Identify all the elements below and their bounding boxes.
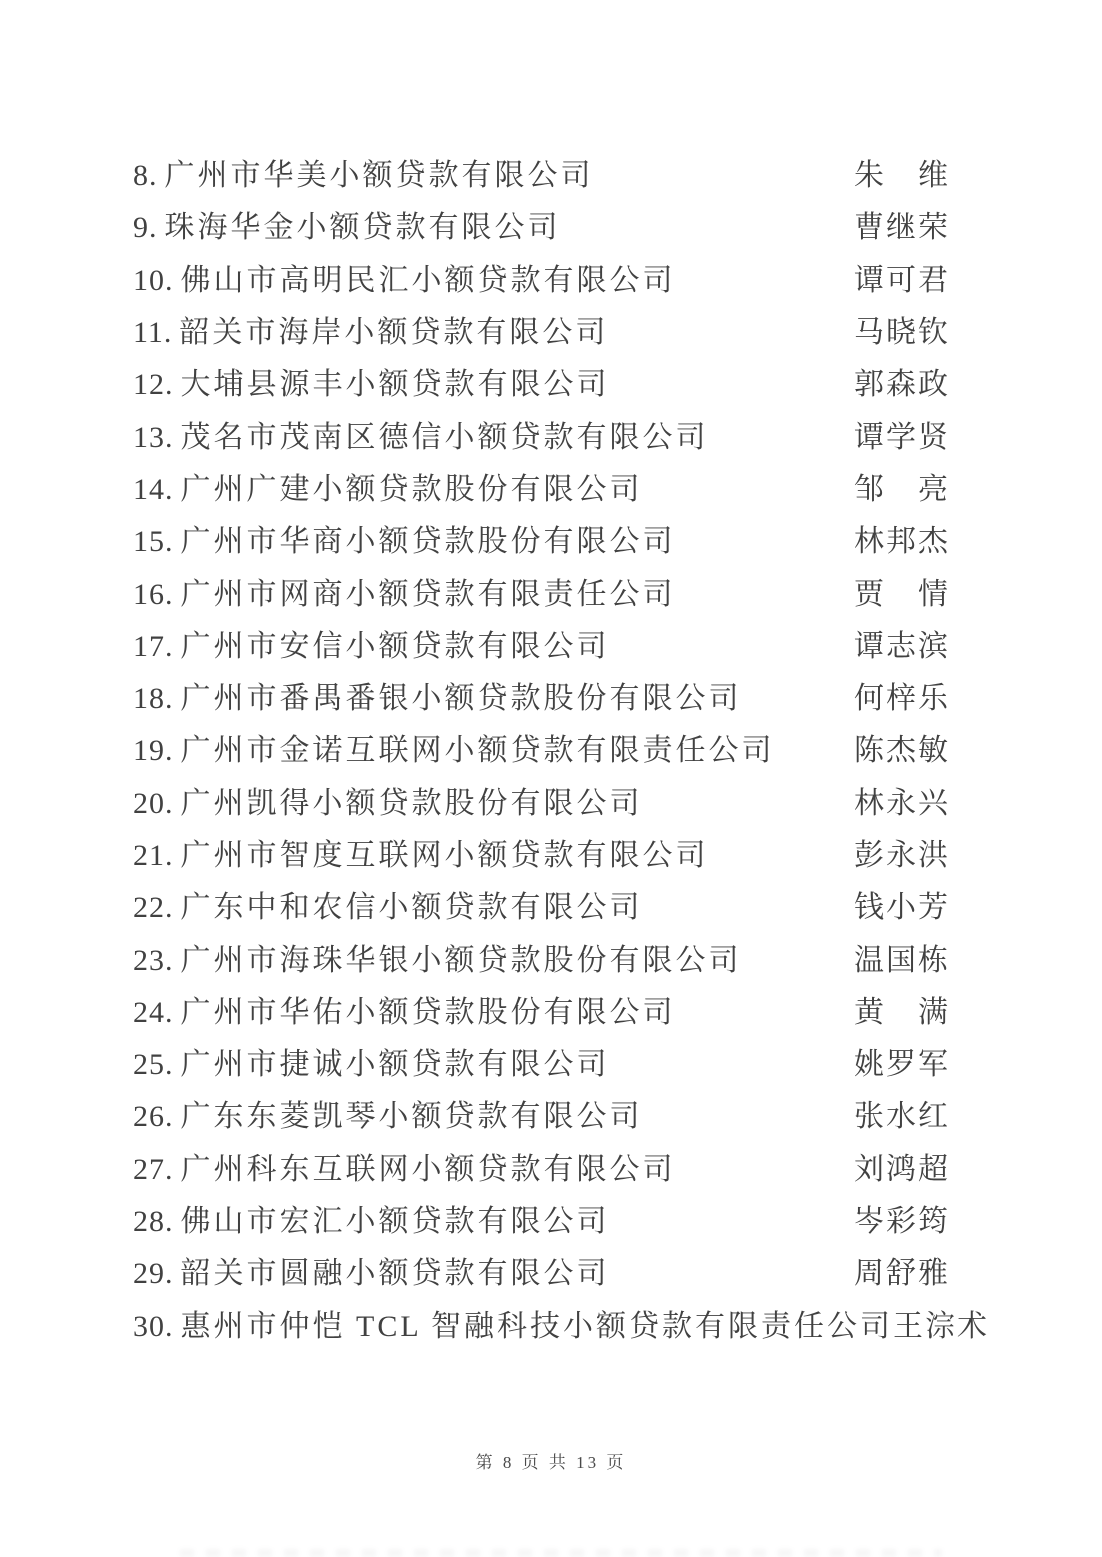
company-name-text: 广州广建小额贷款股份有限公司 [181,473,643,506]
company-name: 16.广州市网商小额贷款有限责任公司 [133,569,854,613]
company-name-text: 广州市安信小额贷款有限公司 [181,630,610,663]
item-number: 22. [133,891,174,925]
person-name: 谭可君 [854,255,954,299]
company-name-text: 广东东菱凯琴小额贷款有限公司 [181,1100,643,1133]
item-number: 29. [133,1257,174,1291]
list-item: 29.韶关市圆融小额贷款有限公司 周舒雅 [0,1244,1102,1296]
company-name: 22.广东中和农信小额贷款有限公司 [133,882,854,926]
company-name-text: 佛山市高明民汇小额贷款有限公司 [181,264,676,297]
company-list: 8.广州市华美小额贷款有限公司 朱 维 9.珠海华金小额贷款有限公司 曹继荣 1… [0,146,1102,1349]
company-name-text: 佛山市宏汇小额贷款有限公司 [181,1205,610,1238]
person-name: 姚罗军 [854,1039,954,1083]
person-name: 岑彩筠 [854,1196,954,1240]
list-item: 24.广州市华佑小额贷款股份有限公司 黄 满 [0,983,1102,1035]
person-name: 彭永洪 [854,830,954,874]
list-item: 22.广东中和农信小额贷款有限公司 钱小芳 [0,878,1102,930]
scanned-document-page: 8.广州市华美小额贷款有限公司 朱 维 9.珠海华金小额贷款有限公司 曹继荣 1… [0,0,1102,1557]
company-name-text: 珠海华金小额贷款有限公司 [165,211,561,244]
item-number: 18. [133,682,174,716]
list-item: 10.佛山市高明民汇小额贷款有限公司 谭可君 [0,251,1102,303]
company-name: 9.珠海华金小额贷款有限公司 [133,202,854,246]
company-name-text: 广州市番禺番银小额贷款股份有限公司 [181,682,742,715]
person-name: 谭志滨 [854,621,954,665]
company-name-text: 广州市智度互联网小额贷款有限公司 [181,839,709,872]
company-name-text: 广东中和农信小额贷款有限公司 [181,891,643,924]
company-name-text: 茂名市茂南区德信小额贷款有限公司 [181,421,709,454]
company-name: 19.广州市金诺互联网小额贷款有限责任公司 [133,725,854,769]
item-number: 15. [133,525,174,559]
person-name: 林永兴 [854,778,954,822]
item-number: 14. [133,473,174,507]
person-name: 邹 亮 [854,464,954,508]
person-name: 郭森政 [854,359,954,403]
person-name: 刘鸿超 [854,1144,954,1188]
item-number: 8. [133,159,158,193]
company-name-text: 广州市捷诚小额贷款有限公司 [181,1048,610,1081]
item-number: 30. [133,1310,174,1344]
person-name: 曹继荣 [854,202,954,246]
company-name-text: 广州凯得小额贷款股份有限公司 [181,787,643,820]
company-name-text: 广州市网商小额贷款有限责任公司 [181,578,676,611]
company-name: 28.佛山市宏汇小额贷款有限公司 [133,1196,854,1240]
company-name: 15.广州市华商小额贷款股份有限公司 [133,516,854,560]
company-name: 20.广州凯得小额贷款股份有限公司 [133,778,854,822]
person-name: 朱 维 [854,150,954,194]
person-name: 贾 情 [854,569,954,613]
person-name: 马晓钦 [854,307,954,351]
company-name: 24.广州市华佑小额贷款股份有限公司 [133,987,854,1031]
list-item: 20.广州凯得小额贷款股份有限公司 林永兴 [0,774,1102,826]
company-name: 25.广州市捷诚小额贷款有限公司 [133,1039,854,1083]
company-name: 8.广州市华美小额贷款有限公司 [133,150,854,194]
company-name: 21.广州市智度互联网小额贷款有限公司 [133,830,854,874]
item-number: 10. [133,264,174,298]
company-name-text: 韶关市海岸小额贷款有限公司 [179,316,608,349]
page-footer: 第 8 页 共 13 页 [0,1448,1102,1473]
item-number: 25. [133,1048,174,1082]
company-name-text: 广州市华商小额贷款股份有限公司 [181,525,676,558]
list-item: 8.广州市华美小额贷款有限公司 朱 维 [0,146,1102,198]
person-name: 黄 满 [854,987,954,1031]
company-name-text: 广州市金诺互联网小额贷款有限责任公司 [181,734,775,767]
item-number: 12. [133,368,174,402]
list-item: 28.佛山市宏汇小额贷款有限公司 岑彩筠 [0,1192,1102,1244]
item-number: 11. [133,316,172,350]
company-name: 13.茂名市茂南区德信小额贷款有限公司 [133,412,854,456]
company-name-text: 广州科东互联网小额贷款有限公司 [181,1153,676,1186]
list-item: 30.惠州市仲恺 TCL 智融科技小额贷款有限责任公司 王淙术 [0,1297,1102,1349]
person-name: 谭学贤 [854,412,954,456]
item-number: 16. [133,578,174,612]
list-item: 23.广州市海珠华银小额贷款股份有限公司 温国栋 [0,930,1102,982]
list-item: 19.广州市金诺互联网小额贷款有限责任公司 陈杰敏 [0,721,1102,773]
item-number: 9. [133,211,158,245]
list-item: 16.广州市网商小额贷款有限责任公司 贾 情 [0,564,1102,616]
list-item: 25.广州市捷诚小额贷款有限公司 姚罗军 [0,1035,1102,1087]
item-number: 27. [133,1153,174,1187]
list-item: 11.韶关市海岸小额贷款有限公司 马晓钦 [0,303,1102,355]
list-item: 21.广州市智度互联网小额贷款有限公司 彭永洪 [0,826,1102,878]
item-number: 20. [133,787,174,821]
person-name: 张水红 [854,1091,954,1135]
list-item: 27.广州科东互联网小额贷款有限公司 刘鸿超 [0,1140,1102,1192]
company-name: 26.广东东菱凯琴小额贷款有限公司 [133,1091,854,1135]
company-name: 30.惠州市仲恺 TCL 智融科技小额贷款有限责任公司 [133,1301,893,1345]
list-item: 15.广州市华商小额贷款股份有限公司 林邦杰 [0,512,1102,564]
list-item: 14.广州广建小额贷款股份有限公司 邹 亮 [0,460,1102,512]
list-item: 9.珠海华金小额贷款有限公司 曹继荣 [0,198,1102,250]
item-number: 17. [133,630,174,664]
item-number: 24. [133,996,174,1030]
company-name-text: 韶关市圆融小额贷款有限公司 [181,1257,610,1290]
company-name-text: 广州市华佑小额贷款股份有限公司 [181,996,676,1029]
company-name: 14.广州广建小额贷款股份有限公司 [133,464,854,508]
person-name: 林邦杰 [854,516,954,560]
list-item: 26.广东东菱凯琴小额贷款有限公司 张水红 [0,1087,1102,1139]
item-number: 28. [133,1205,174,1239]
company-name: 12.大埔县源丰小额贷款有限公司 [133,359,854,403]
item-number: 21. [133,839,174,873]
company-name-text: 惠州市仲恺 TCL 智融科技小额贷款有限责任公司 [181,1310,894,1343]
company-name-text: 广州市海珠华银小额贷款股份有限公司 [181,944,742,977]
company-name: 23.广州市海珠华银小额贷款股份有限公司 [133,935,854,979]
page-bleed-artifact [180,1549,942,1557]
list-item: 13.茂名市茂南区德信小额贷款有限公司 谭学贤 [0,407,1102,459]
company-name: 17.广州市安信小额贷款有限公司 [133,621,854,665]
item-number: 23. [133,944,174,978]
item-number: 13. [133,421,174,455]
list-item: 17.广州市安信小额贷款有限公司 谭志滨 [0,617,1102,669]
list-item: 12.大埔县源丰小额贷款有限公司 郭森政 [0,355,1102,407]
company-name-text: 广州市华美小额贷款有限公司 [165,159,594,192]
company-name: 10.佛山市高明民汇小额贷款有限公司 [133,255,854,299]
company-name: 29.韶关市圆融小额贷款有限公司 [133,1248,854,1292]
item-number: 26. [133,1100,174,1134]
person-name: 陈杰敏 [854,725,954,769]
person-name: 何梓乐 [854,673,954,717]
person-name: 王淙术 [893,1301,989,1345]
list-item: 18.广州市番禺番银小额贷款股份有限公司 何梓乐 [0,669,1102,721]
person-name: 周舒雅 [854,1248,954,1292]
person-name: 温国栋 [854,935,954,979]
person-name: 钱小芳 [854,882,954,926]
company-name: 27.广州科东互联网小额贷款有限公司 [133,1144,854,1188]
company-name: 11.韶关市海岸小额贷款有限公司 [133,307,854,351]
company-name: 18.广州市番禺番银小额贷款股份有限公司 [133,673,854,717]
company-name-text: 大埔县源丰小额贷款有限公司 [181,368,610,401]
item-number: 19. [133,734,174,768]
